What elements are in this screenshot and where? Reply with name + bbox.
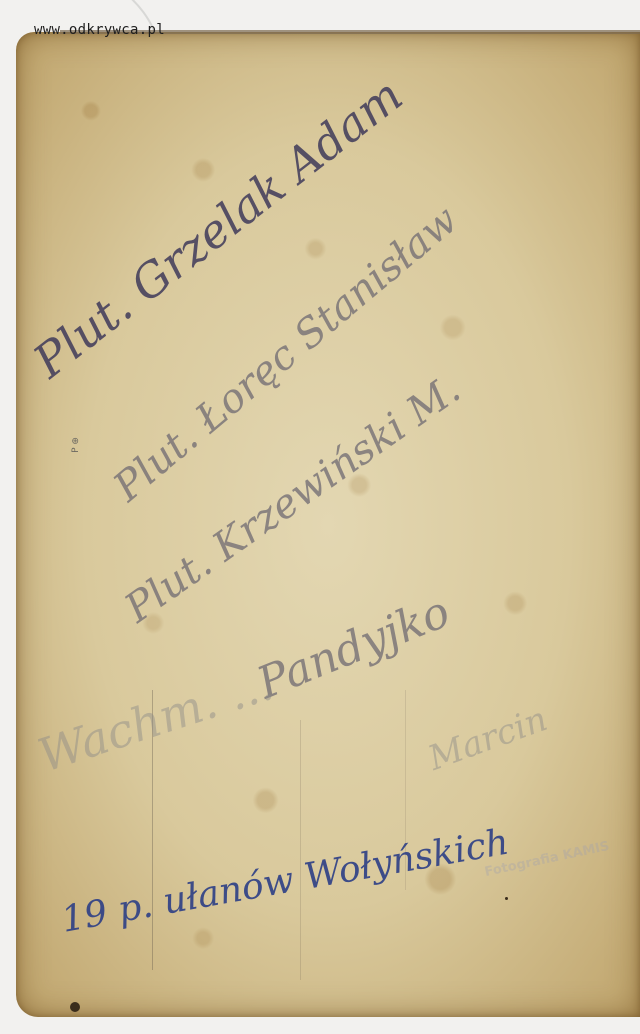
small-stamp-mark: P ⊕	[71, 437, 81, 453]
faint-rule-line	[300, 720, 301, 980]
watermark-text: www.odkrywca.pl	[34, 22, 165, 38]
ink-dot	[70, 1002, 80, 1012]
ink-dot	[505, 897, 508, 900]
